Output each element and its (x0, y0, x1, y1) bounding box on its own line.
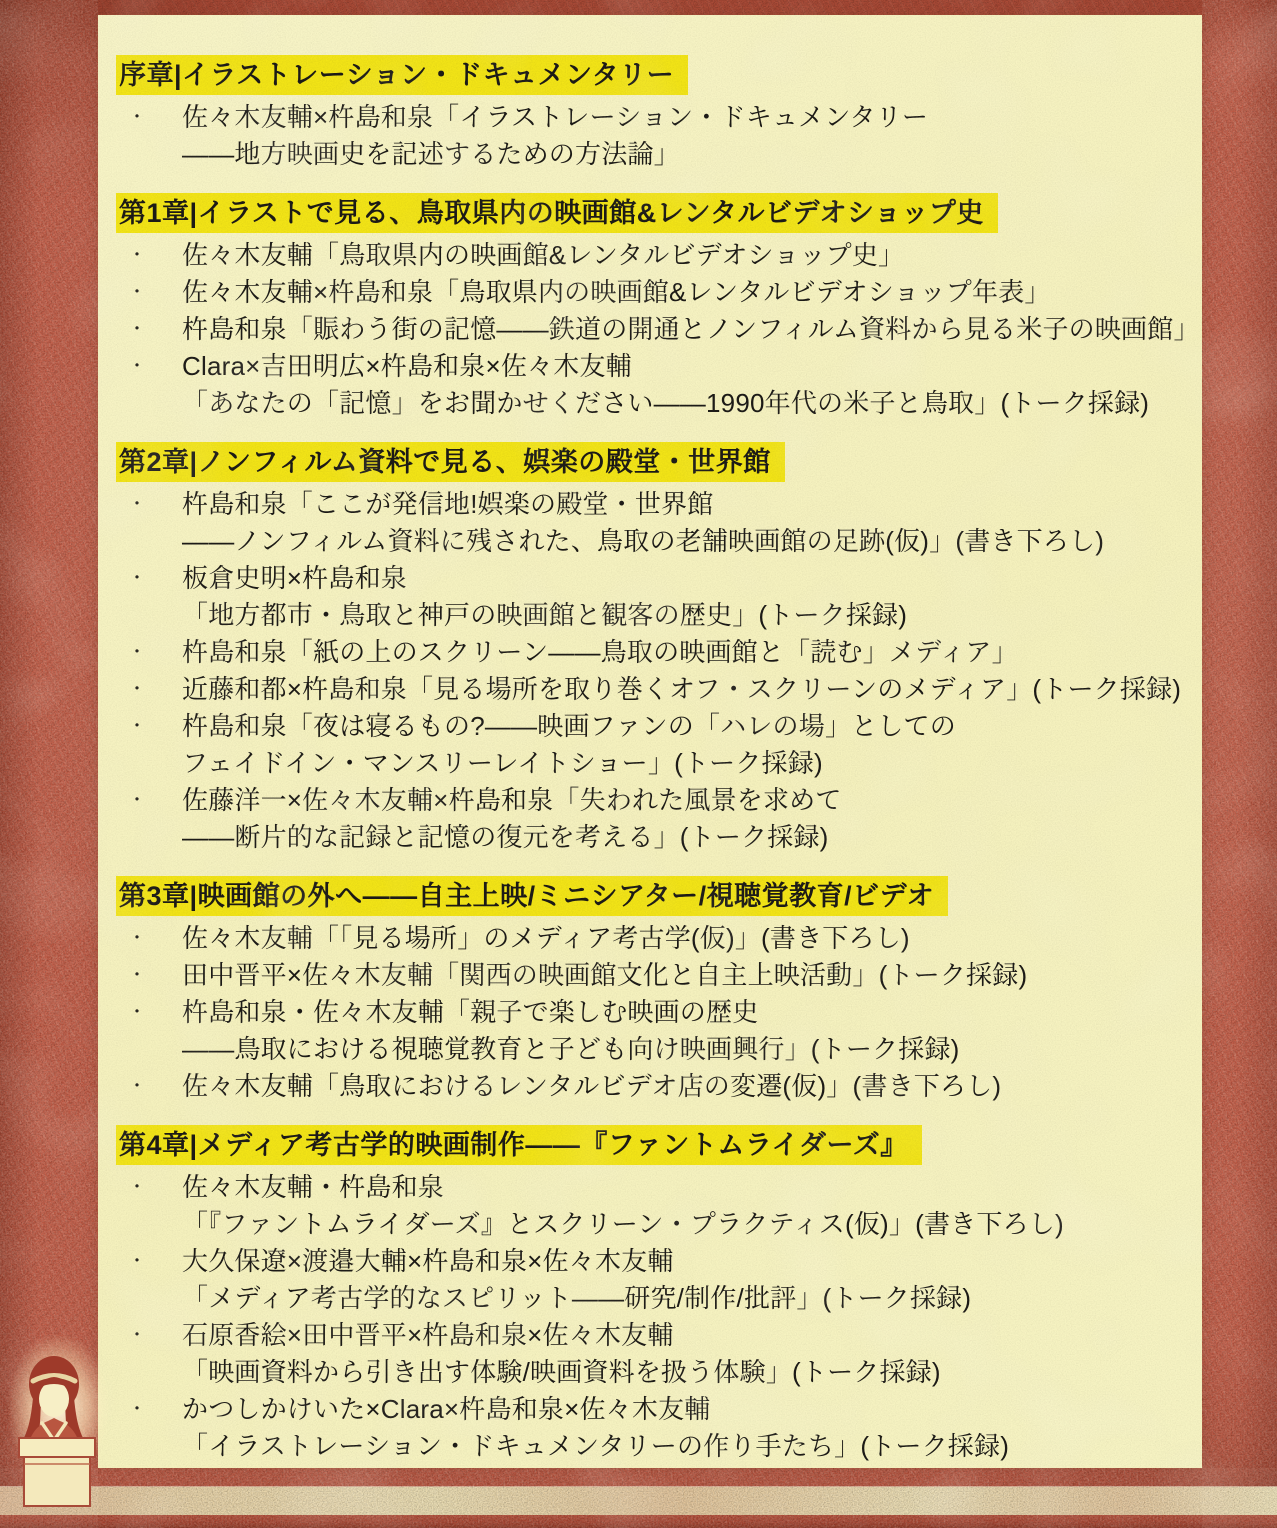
toc-item-line: 近藤和都×杵島和泉「見る場所を取り巻くオフ・スクリーンのメディア」(トーク採録) (182, 671, 1182, 708)
list-bullet-icon: ・ (128, 486, 182, 523)
list-bullet-icon: ・ (128, 1169, 182, 1206)
list-bullet-icon: ・ (128, 348, 182, 385)
list-bullet-icon: ・ (128, 99, 182, 136)
toc-item-text: 杵島和泉「夜は寝るもの?——映画ファンの「ハレの場」としてのフェイドイン・マンス… (182, 708, 1182, 782)
toc-item: ・田中晋平×佐々木友輔「関西の映画館文化と自主上映活動」(トーク採録) (116, 957, 1182, 994)
table-of-contents-sheet: 序章|イラストレーション・ドキュメンタリー・佐々木友輔×杵島和泉「イラストレーシ… (98, 15, 1202, 1468)
toc-section: 第1章|イラストで見る、鳥取県内の映画館&レンタルビデオショップ史・佐々木友輔「… (116, 193, 1182, 422)
toc-item: ・大久保遼×渡邉大輔×杵島和泉×佐々木友輔「メディア考古学的なスピリット——研究… (116, 1243, 1182, 1317)
floor-band (0, 1487, 1277, 1515)
toc-item-text: 杵島和泉「賑わう街の記憶——鉄道の開通とノンフィルム資料から見る米子の映画館」 (182, 311, 1200, 348)
list-bullet-icon: ・ (128, 1317, 182, 1354)
list-bullet-icon: ・ (128, 634, 182, 671)
toc-item-text: 杵島和泉「ここが発信地!娯楽の殿堂・世界館——ノンフィルム資料に残された、鳥取の… (182, 486, 1182, 560)
toc-item-line: 石原香絵×田中晋平×杵島和泉×佐々木友輔 (182, 1317, 1182, 1354)
toc-section: 第3章|映画館の外へ——自主上映/ミニシアター/視聴覚教育/ビデオ・佐々木友輔「… (116, 876, 1182, 1105)
toc-item-line: 「『ファントムライダーズ』とスクリーン・プラクティス(仮)」(書き下ろし) (182, 1206, 1182, 1243)
toc-item: ・近藤和都×杵島和泉「見る場所を取り巻くオフ・スクリーンのメディア」(トーク採録… (116, 671, 1182, 708)
toc-item-line: かつしかけいた×Clara×杵島和泉×佐々木友輔 (182, 1391, 1182, 1428)
toc-section: 第4章|メディア考古学的映画制作——『ファントムライダーズ』・佐々木友輔・杵島和… (116, 1125, 1182, 1465)
list-bullet-icon: ・ (128, 274, 182, 311)
toc-item-line: 「メディア考古学的なスピリット——研究/制作/批評」(トーク採録) (182, 1280, 1182, 1317)
toc-item: ・石原香絵×田中晋平×杵島和泉×佐々木友輔「映画資料から引き出す体験/映画資料を… (116, 1317, 1182, 1391)
toc-item-text: 佐藤洋一×佐々木友輔×杵島和泉「失われた風景を求めて——断片的な記録と記憶の復元… (182, 782, 1182, 856)
list-bullet-icon: ・ (128, 920, 182, 957)
toc-item-text: 佐々木友輔「鳥取におけるレンタルビデオ店の変遷(仮)」(書き下ろし) (182, 1068, 1182, 1105)
toc-item: ・杵島和泉「ここが発信地!娯楽の殿堂・世界館——ノンフィルム資料に残された、鳥取… (116, 486, 1182, 560)
toc-section: 第2章|ノンフィルム資料で見る、娯楽の殿堂・世界館・杵島和泉「ここが発信地!娯楽… (116, 442, 1182, 856)
section-heading: 第2章|ノンフィルム資料で見る、娯楽の殿堂・世界館 (116, 442, 785, 482)
toc-item-line: 佐々木友輔×杵島和泉「鳥取県内の映画館&レンタルビデオショップ年表」 (182, 274, 1182, 311)
toc-item-line: 「あなたの「記憶」をお聞かせください——1990年代の米子と鳥取」(トーク採録) (182, 385, 1182, 422)
toc-item: ・佐藤洋一×佐々木友輔×杵島和泉「失われた風景を求めて——断片的な記録と記憶の復… (116, 782, 1182, 856)
toc-item-line: 杵島和泉「賑わう街の記憶——鉄道の開通とノンフィルム資料から見る米子の映画館」 (182, 311, 1200, 348)
list-bullet-icon: ・ (128, 957, 182, 994)
toc-item-text: 佐々木友輔・杵島和泉「『ファントムライダーズ』とスクリーン・プラクティス(仮)」… (182, 1169, 1182, 1243)
list-bullet-icon: ・ (128, 708, 182, 745)
toc-item-line: フェイドイン・マンスリーレイトショー」(トーク採録) (182, 745, 1182, 782)
toc-item-text: 佐々木友輔「鳥取県内の映画館&レンタルビデオショップ史」 (182, 237, 1182, 274)
toc-item-text: 板倉史明×杵島和泉「地方都市・鳥取と神戸の映画館と観客の歴史」(トーク採録) (182, 560, 1182, 634)
toc-item-line: 杵島和泉「夜は寝るもの?——映画ファンの「ハレの場」としての (182, 708, 1182, 745)
toc-item-line: 板倉史明×杵島和泉 (182, 560, 1182, 597)
toc-item-text: 近藤和都×杵島和泉「見る場所を取り巻くオフ・スクリーンのメディア」(トーク採録) (182, 671, 1182, 708)
toc-item-text: かつしかけいた×Clara×杵島和泉×佐々木友輔「イラストレーション・ドキュメン… (182, 1391, 1182, 1465)
toc-item-text: 杵島和泉「紙の上のスクリーン——鳥取の映画館と「読む」メディア」 (182, 634, 1182, 671)
toc-item: ・佐々木友輔×杵島和泉「鳥取県内の映画館&レンタルビデオショップ年表」 (116, 274, 1182, 311)
page-canvas: { "colors": { "wall_red": "#c05a45", "pa… (0, 0, 1277, 1528)
toc-sections: 序章|イラストレーション・ドキュメンタリー・佐々木友輔×杵島和泉「イラストレーシ… (116, 55, 1182, 1465)
list-bullet-icon: ・ (128, 1391, 182, 1428)
toc-item: ・かつしかけいた×Clara×杵島和泉×佐々木友輔「イラストレーション・ドキュメ… (116, 1391, 1182, 1465)
toc-item-line: 佐々木友輔「鳥取におけるレンタルビデオ店の変遷(仮)」(書き下ろし) (182, 1068, 1182, 1105)
toc-item-line: 佐々木友輔・杵島和泉 (182, 1169, 1182, 1206)
toc-item-line: 「イラストレーション・ドキュメンタリーの作り手たち」(トーク採録) (182, 1428, 1182, 1465)
toc-item: ・Clara×吉田明広×杵島和泉×佐々木友輔「あなたの「記憶」をお聞かせください… (116, 348, 1182, 422)
floor-edge-band (0, 1515, 1277, 1528)
toc-item-line: 佐藤洋一×佐々木友輔×杵島和泉「失われた風景を求めて (182, 782, 1182, 819)
section-heading: 第4章|メディア考古学的映画制作——『ファントムライダーズ』 (116, 1125, 922, 1165)
list-bullet-icon: ・ (128, 311, 182, 348)
toc-item: ・佐々木友輔・杵島和泉「『ファントムライダーズ』とスクリーン・プラクティス(仮)… (116, 1169, 1182, 1243)
toc-item-line: 杵島和泉「ここが発信地!娯楽の殿堂・世界館 (182, 486, 1182, 523)
toc-item: ・杵島和泉「賑わう街の記憶——鉄道の開通とノンフィルム資料から見る米子の映画館」 (116, 311, 1182, 348)
toc-item: ・佐々木友輔「「見る場所」のメディア考古学(仮)」(書き下ろし) (116, 920, 1182, 957)
toc-item-text: 杵島和泉・佐々木友輔「親子で楽しむ映画の歴史——鳥取における視聴覚教育と子ども向… (182, 994, 1182, 1068)
toc-item-text: 佐々木友輔×杵島和泉「鳥取県内の映画館&レンタルビデオショップ年表」 (182, 274, 1182, 311)
section-heading: 第3章|映画館の外へ——自主上映/ミニシアター/視聴覚教育/ビデオ (116, 876, 948, 916)
list-bullet-icon: ・ (128, 1243, 182, 1280)
toc-item-line: ——断片的な記録と記憶の復元を考える」(トーク採録) (182, 819, 1182, 856)
toc-item-text: 田中晋平×佐々木友輔「関西の映画館文化と自主上映活動」(トーク採録) (182, 957, 1182, 994)
toc-item-line: 杵島和泉・佐々木友輔「親子で楽しむ映画の歴史 (182, 994, 1182, 1031)
section-heading: 序章|イラストレーション・ドキュメンタリー (116, 55, 688, 95)
toc-item-line: 「映画資料から引き出す体験/映画資料を扱う体験」(トーク採録) (182, 1354, 1182, 1391)
toc-item-line: 「地方都市・鳥取と神戸の映画館と観客の歴史」(トーク採録) (182, 597, 1182, 634)
section-heading: 第1章|イラストで見る、鳥取県内の映画館&レンタルビデオショップ史 (116, 193, 998, 233)
toc-item: ・佐々木友輔×杵島和泉「イラストレーション・ドキュメンタリー——地方映画史を記述… (116, 99, 1182, 173)
toc-item-line: 田中晋平×佐々木友輔「関西の映画館文化と自主上映活動」(トーク採録) (182, 957, 1182, 994)
toc-item-line: 佐々木友輔「「見る場所」のメディア考古学(仮)」(書き下ろし) (182, 920, 1182, 957)
toc-item-line: ——地方映画史を記述するための方法論」 (182, 136, 1182, 173)
toc-item-line: 杵島和泉「紙の上のスクリーン——鳥取の映画館と「読む」メディア」 (182, 634, 1182, 671)
toc-item-text: 佐々木友輔×杵島和泉「イラストレーション・ドキュメンタリー——地方映画史を記述す… (182, 99, 1182, 173)
toc-item-text: Clara×吉田明広×杵島和泉×佐々木友輔「あなたの「記憶」をお聞かせください—… (182, 348, 1182, 422)
toc-item-line: 佐々木友輔×杵島和泉「イラストレーション・ドキュメンタリー (182, 99, 1182, 136)
list-bullet-icon: ・ (128, 560, 182, 597)
toc-item: ・板倉史明×杵島和泉「地方都市・鳥取と神戸の映画館と観客の歴史」(トーク採録) (116, 560, 1182, 634)
list-bullet-icon: ・ (128, 671, 182, 708)
toc-item: ・杵島和泉「紙の上のスクリーン——鳥取の映画館と「読む」メディア」 (116, 634, 1182, 671)
toc-item-line: 佐々木友輔「鳥取県内の映画館&レンタルビデオショップ史」 (182, 237, 1182, 274)
list-bullet-icon: ・ (128, 237, 182, 274)
toc-item-text: 大久保遼×渡邉大輔×杵島和泉×佐々木友輔「メディア考古学的なスピリット——研究/… (182, 1243, 1182, 1317)
toc-item-line: ——ノンフィルム資料に残された、鳥取の老舗映画館の足跡(仮)」(書き下ろし) (182, 523, 1182, 560)
toc-item: ・杵島和泉「夜は寝るもの?——映画ファンの「ハレの場」としてのフェイドイン・マン… (116, 708, 1182, 782)
list-bullet-icon: ・ (128, 782, 182, 819)
toc-item-text: 石原香絵×田中晋平×杵島和泉×佐々木友輔「映画資料から引き出す体験/映画資料を扱… (182, 1317, 1182, 1391)
toc-item-line: ——鳥取における視聴覚教育と子ども向け映画興行」(トーク採録) (182, 1031, 1182, 1068)
toc-item: ・佐々木友輔「鳥取におけるレンタルビデオ店の変遷(仮)」(書き下ろし) (116, 1068, 1182, 1105)
toc-item-text: 佐々木友輔「「見る場所」のメディア考古学(仮)」(書き下ろし) (182, 920, 1182, 957)
list-bullet-icon: ・ (128, 1068, 182, 1105)
toc-item-line: Clara×吉田明広×杵島和泉×佐々木友輔 (182, 348, 1182, 385)
toc-item: ・佐々木友輔「鳥取県内の映画館&レンタルビデオショップ史」 (116, 237, 1182, 274)
toc-item: ・杵島和泉・佐々木友輔「親子で楽しむ映画の歴史——鳥取における視聴覚教育と子ども… (116, 994, 1182, 1068)
list-bullet-icon: ・ (128, 994, 182, 1031)
toc-section: 序章|イラストレーション・ドキュメンタリー・佐々木友輔×杵島和泉「イラストレーシ… (116, 55, 1182, 173)
toc-item-line: 大久保遼×渡邉大輔×杵島和泉×佐々木友輔 (182, 1243, 1182, 1280)
